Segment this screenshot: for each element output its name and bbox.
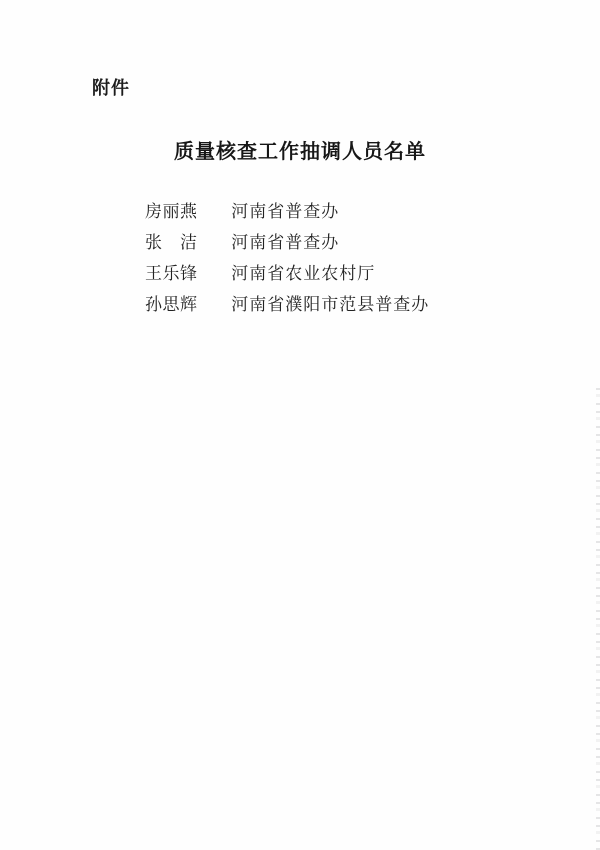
- person-organization: 河南省普查办: [231, 227, 339, 258]
- person-name: 张 洁: [145, 227, 227, 258]
- person-organization: 河南省农业农村厅: [231, 258, 375, 289]
- personnel-list: 房丽燕 河南省普查办 张 洁 河南省普查办 王乐锋 河南省农业农村厅 孙思辉 河…: [145, 196, 429, 320]
- person-organization: 河南省濮阳市范县普查办: [231, 289, 429, 320]
- person-organization: 河南省普查办: [231, 196, 339, 227]
- person-name: 孙思辉: [145, 289, 227, 320]
- document-page: 附件 质量核查工作抽调人员名单 房丽燕 河南省普查办 张 洁 河南省普查办 王乐…: [0, 0, 600, 850]
- document-title: 质量核查工作抽调人员名单: [0, 135, 600, 164]
- personnel-row: 王乐锋 河南省农业农村厅: [145, 258, 429, 289]
- personnel-row: 孙思辉 河南省濮阳市范县普查办: [145, 289, 429, 320]
- personnel-row: 房丽燕 河南省普查办: [145, 196, 429, 227]
- personnel-row: 张 洁 河南省普查办: [145, 227, 429, 258]
- scan-noise-edge: [596, 388, 600, 850]
- person-name: 王乐锋: [145, 258, 227, 289]
- person-name: 房丽燕: [145, 196, 227, 227]
- attachment-label: 附件: [92, 74, 130, 100]
